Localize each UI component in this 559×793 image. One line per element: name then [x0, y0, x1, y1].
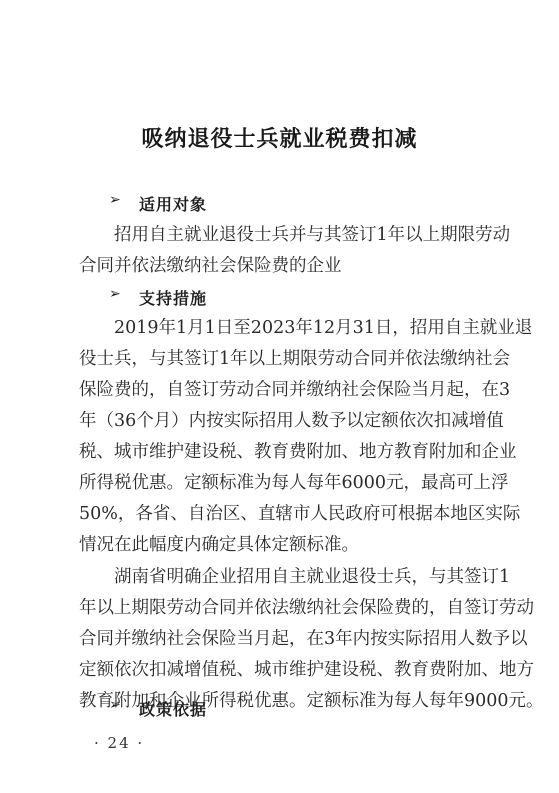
section-heading-text: 政策依据 — [139, 697, 207, 720]
paragraph-line: 2019年1月1日至2023年12月31日，招用自主就业退 — [114, 317, 483, 339]
section-heading-text: 适用对象 — [139, 192, 207, 215]
page-number: · 24 · — [94, 734, 144, 752]
paragraph-line: 情况在此幅度内确定具体定额标准。 — [79, 534, 483, 556]
paragraph-line: 招用自主就业退役士兵并与其签订1年以上期限劳动 — [114, 224, 483, 246]
arrow-bullet-icon: ➢ — [109, 192, 122, 208]
paragraph-line: 50%，各省、自治区、直辖市人民政府可根据本地区实际 — [79, 503, 483, 525]
paragraph-line: 年以上期限劳动合同并依法缴纳社会保险费的，自签订劳动 — [79, 597, 483, 619]
paragraph-line: 所得税优惠。定额标准为每人每年6000元，最高可上浮 — [79, 472, 483, 494]
paragraph-line: 定额依次扣减增值税、城市维护建设税、教育费附加、地方 — [79, 659, 483, 681]
paragraph-line: 役士兵，与其签订1年以上期限劳动合同并依法缴纳社会 — [79, 348, 483, 370]
page-title: 吸纳退役士兵就业税费扣减 — [0, 122, 559, 153]
paragraph-line: 税、城市维护建设税、教育费附加、地方教育附加和企业 — [79, 441, 483, 463]
paragraph-line: 合同并依法缴纳社会保险费的企业 — [79, 255, 483, 277]
section-heading-text: 支持措施 — [139, 286, 207, 309]
paragraph-line: 合同并缴纳社会保险当月起，在3年内按实际招用人数予以 — [79, 628, 483, 650]
paragraph-line: 年（36个月）内按实际招用人数予以定额依次扣减增值 — [79, 410, 483, 432]
paragraph-line: 保险费的，自签订劳动合同并缴纳社会保险当月起，在3 — [79, 379, 483, 401]
arrow-bullet-icon: ➢ — [109, 697, 122, 713]
arrow-bullet-icon: ➢ — [109, 286, 122, 302]
paragraph-line: 湖南省明确企业招用自主就业退役士兵，与其签订1 — [114, 566, 483, 588]
